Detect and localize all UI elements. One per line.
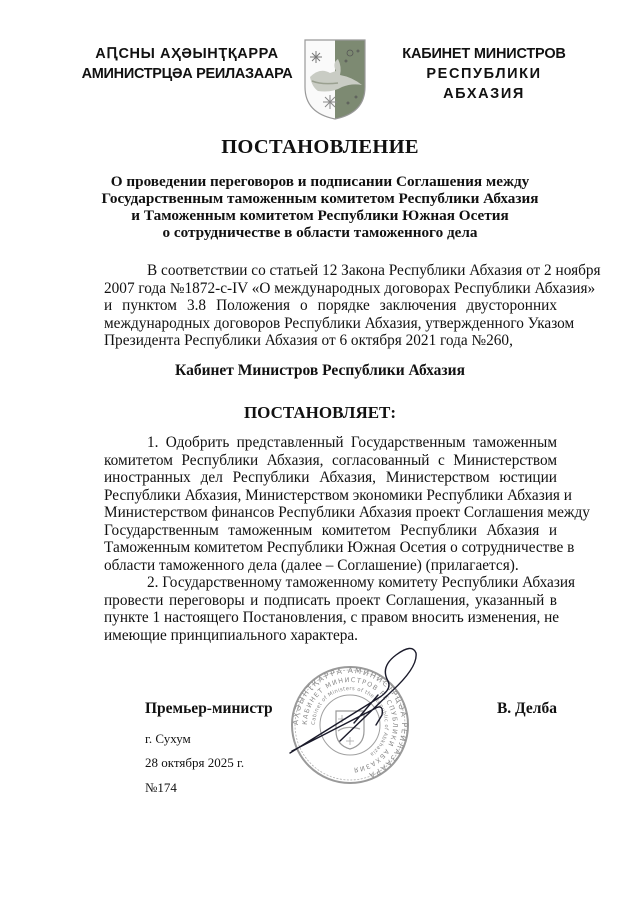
document-page: АԤСНЫ АҲӘЫНҬҚАРРА АМИНИСТРЦӘА РЕИЛАЗААРА — [0, 0, 640, 905]
coat-of-arms-icon — [302, 37, 368, 121]
header-abkhaz-line2: АМИНИСТРЦӘА РЕИЛАЗААРА — [72, 64, 302, 84]
preamble-line: Президента Республики Абхазия от 6 октяб… — [104, 332, 557, 350]
signatory-position: Премьер-министр — [145, 700, 273, 718]
header-abkhaz-line1: АԤСНЫ АҲӘЫНҬҚАРРА — [72, 44, 302, 64]
issuing-body: Кабинет Министров Республики Абхазия — [0, 362, 640, 380]
item-line: Государственным таможенным комитетом Рес… — [104, 522, 557, 540]
decree-items: 1. Одобрить представленный Государственн… — [104, 434, 557, 644]
item-line: Таможенным комитетом Республики Южная Ос… — [104, 539, 557, 557]
item-line: Министерством финансов Республики Абхази… — [104, 504, 557, 522]
header-russian-line1: КАБИНЕТ МИНИСТРОВ — [384, 44, 584, 64]
item-line: области таможенного дела (далее – Соглаш… — [104, 557, 557, 575]
header-russian: КАБИНЕТ МИНИСТРОВ РЕСПУБЛИКИ АБХАЗИЯ — [384, 44, 584, 104]
subject-line: и Таможенным комитетом Республики Южная … — [100, 207, 540, 224]
signatory-name: В. Делба — [497, 700, 557, 718]
preamble-line: международных договоров Республики Абхаз… — [104, 315, 557, 333]
decree-item-2: 2. Государственному таможенному комитету… — [104, 574, 557, 644]
decree-item-1: 1. Одобрить представленный Государственн… — [104, 434, 557, 574]
preamble-line: В соответствии со статьей 12 Закона Респ… — [104, 262, 557, 280]
item-line: пункте 1 настоящего Постановления, с пра… — [104, 609, 557, 627]
official-stamp-icon: АҲӘЫНҬҚАРРА АМИНИСТРЦӘА РЕИЛАЗААРА КАБИН… — [280, 645, 420, 795]
preamble: В соответствии со статьей 12 Закона Респ… — [104, 262, 557, 350]
document-subject: О проведении переговоров и подписании Со… — [100, 173, 540, 241]
document-city: г. Сухум — [145, 731, 191, 747]
document-type-title: ПОСТАНОВЛЕНИЕ — [0, 136, 640, 159]
item-line: комитетом Республики Абхазия, согласован… — [104, 452, 557, 470]
item-line: имеющие принципиального характера. — [104, 627, 557, 645]
preamble-line: и пунктом 3.8 Положения о порядке заключ… — [104, 297, 557, 315]
item-line: провести переговоры и подписать проект С… — [104, 592, 557, 610]
item-line: 1. Одобрить представленный Государственн… — [104, 434, 557, 452]
item-line: Республики Абхазия, Министерством эконом… — [104, 487, 557, 505]
document-number: №174 — [145, 780, 177, 796]
subject-line: О проведении переговоров и подписании Со… — [100, 173, 540, 190]
document-date: 28 октября 2025 г. — [145, 755, 244, 771]
item-line: иностранных дел Республики Абхазия, Мини… — [104, 469, 557, 487]
header-russian-line2: РЕСПУБЛИКИ АБХАЗИЯ — [384, 64, 584, 104]
subject-line: Государственным таможенным комитетом Рес… — [100, 190, 540, 207]
item-line: 2. Государственному таможенному комитету… — [104, 574, 557, 592]
preamble-line: 2007 года №1872-с-IV «О международных до… — [104, 280, 557, 298]
header-abkhaz: АԤСНЫ АҲӘЫНҬҚАРРА АМИНИСТРЦӘА РЕИЛАЗААРА — [72, 44, 302, 84]
decrees-heading: ПОСТАНОВЛЯЕТ: — [0, 403, 640, 423]
subject-line: о сотрудничестве в области таможенного д… — [100, 224, 540, 241]
